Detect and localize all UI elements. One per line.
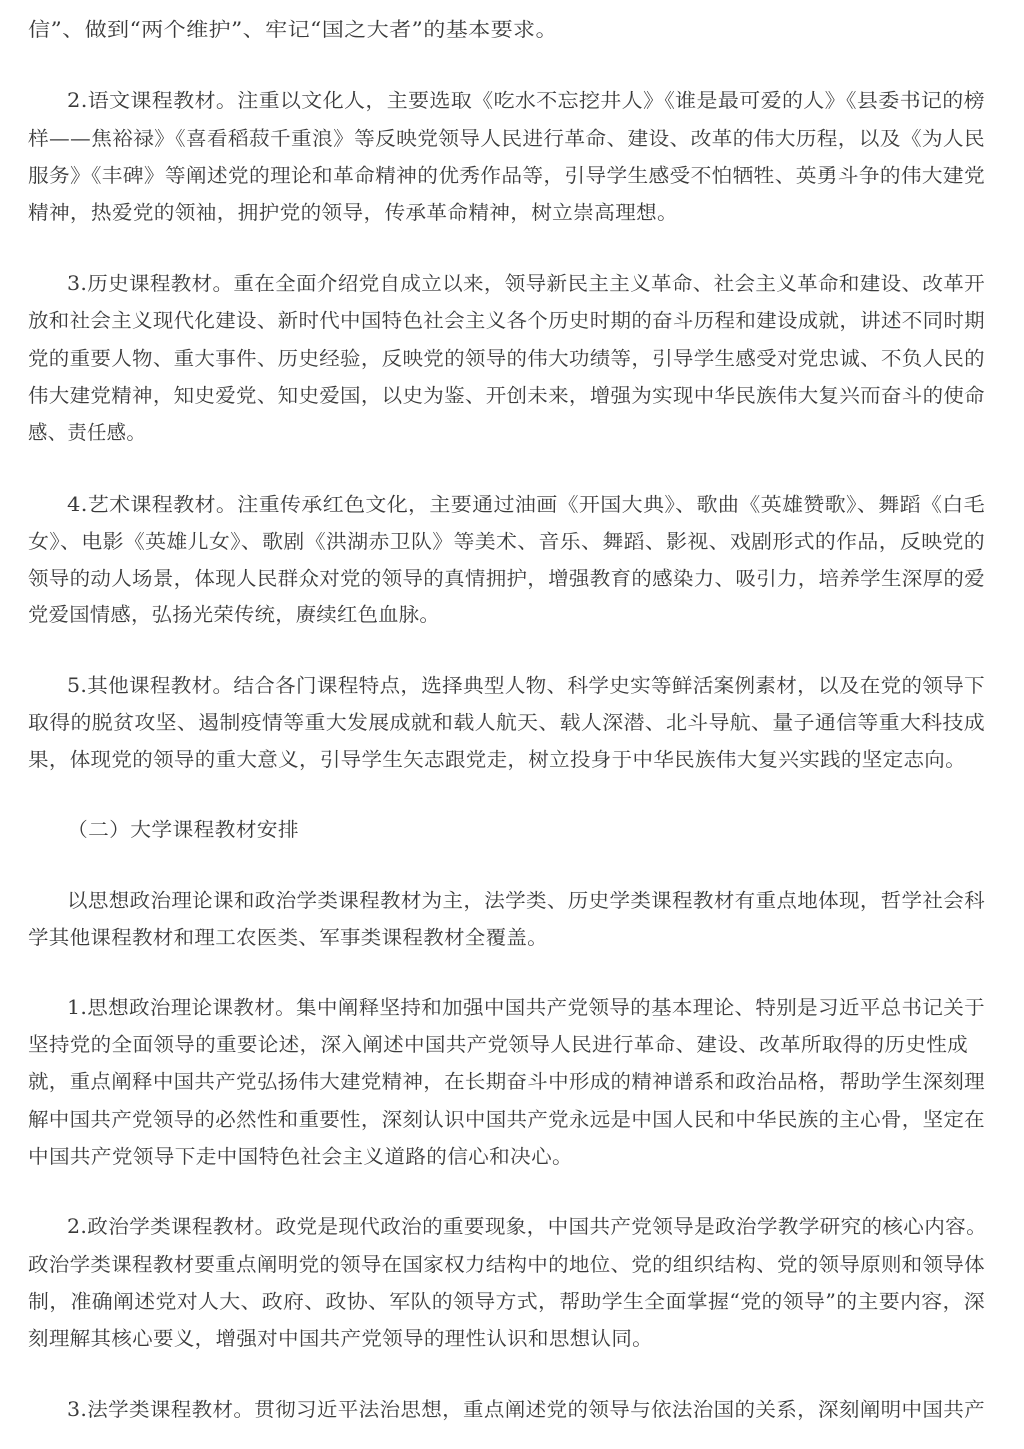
text-line: 制，准确阐述党对人大、政府、政协、军队的领导方式，帮助学生全面掌握“党的领导”的… [28,1290,985,1314]
text-line: 坚持党的全面领导的重要论述，深入阐述中国共产党领导人民进行革命、建设、改革所取得… [28,1033,968,1057]
text-line: 学其他课程教材和理工农医类、军事类课程教材全覆盖。 [28,926,548,950]
text-line: 样——焦裕禄》《喜看稻菽千重浪》等反映党领导人民进行革命、建设、改革的伟大历程，… [28,127,985,151]
text-line: 精神，热爱党的领袖，拥护党的领导，传承革命精神，树立崇高理想。 [28,201,678,225]
text-line: 放和社会主义现代化建设、新时代中国特色社会主义各个历史时期的奋斗历程和建设成就，… [28,309,985,333]
text-line: 1.思想政治理论课教材。集中阐释坚持和加强中国共产党领导的基本理论、特别是习近平… [67,996,985,1020]
text-line: 解中国共产党领导的必然性和重要性，深刻认识中国共产党永远是中国人民和中华民族的主… [28,1108,985,1132]
text-line: 感、责任感。 [28,421,146,445]
text-line: 取得的脱贫攻坚、遏制疫情等重大发展成就和载人航天、载人深潜、北斗导航、量子通信等… [28,711,985,735]
text-line: 以思想政治理论课和政治学类课程教材为主，法学类、历史学类课程教材有重点地体现，哲… [67,889,985,913]
text-line: 4.艺术课程教材。注重传承红色文化，主要通过油画《开国大典》、歌曲《英雄赞歌》、… [67,493,985,517]
text-line: 果，体现党的领导的重大意义，引导学生矢志跟党走，树立投身于中华民族伟大复兴实践的… [28,748,966,772]
text-line: 女》、电影《英雄儿女》、歌剧《洪湖赤卫队》等美术、音乐、舞蹈、影视、戏剧形式的作… [28,530,985,554]
text-line: 服务》《丰碑》等阐述党的理论和革命精神的优秀作品等，引导学生感受不怕牺牲、英勇斗… [28,164,985,188]
text-line: 中国共产党领导下走中国特色社会主义道路的信心和决心。 [28,1145,573,1169]
text-line: 信”、做到“两个维护”、牢记“国之大者”的基本要求。 [28,18,558,42]
text-line: 领导的动人场景，体现人民群众对党的领导的真情拥护，增强教育的感染力、吸引力，培养… [28,567,985,591]
text-line: 刻理解其核心要义，增强对中国共产党领导的理性认识和思想认同。 [28,1327,653,1351]
text-line: 党爱国情感，弘扬光荣传统，赓续红色血脉。 [28,603,440,627]
text-line: 5.其他课程教材。结合各门课程特点，选择典型人物、科学史实等鲜活案例素材，以及在… [67,674,985,698]
text-line: 3.历史课程教材。重在全面介绍党自成立以来，领导新民主主义革命、社会主义革命和建… [67,272,985,296]
text-line: 伟大建党精神，知史爱党、知史爱国，以史为鉴、开创未来，增强为实现中华民族伟大复兴… [28,384,985,408]
text-line: 就，重点阐释中国共产党弘扬伟大建党精神，在长期奋斗中形成的精神谱系和政治品格，帮… [28,1070,985,1094]
text-line: 党的重要人物、重大事件、历史经验，反映党的领导的伟大功绩等，引导学生感受对党忠诚… [28,347,985,371]
text-line: 3.法学类课程教材。贯彻习近平法治思想，重点阐述党的领导与依法治国的关系，深刻阐… [67,1398,985,1422]
text-line: （二）大学课程教材安排 [67,818,299,842]
text-line: 政治学类课程教材要重点阐明党的领导在国家权力结构中的地位、党的组织结构、党的领导… [28,1253,985,1277]
text-line: 2.政治学类课程教材。政党是现代政治的重要现象，中国共产党领导是政治学教学研究的… [67,1215,987,1239]
text-line: 2.语文课程教材。注重以文化人，主要选取《吃水不忘挖井人》《谁是最可爱的人》《县… [67,89,985,113]
